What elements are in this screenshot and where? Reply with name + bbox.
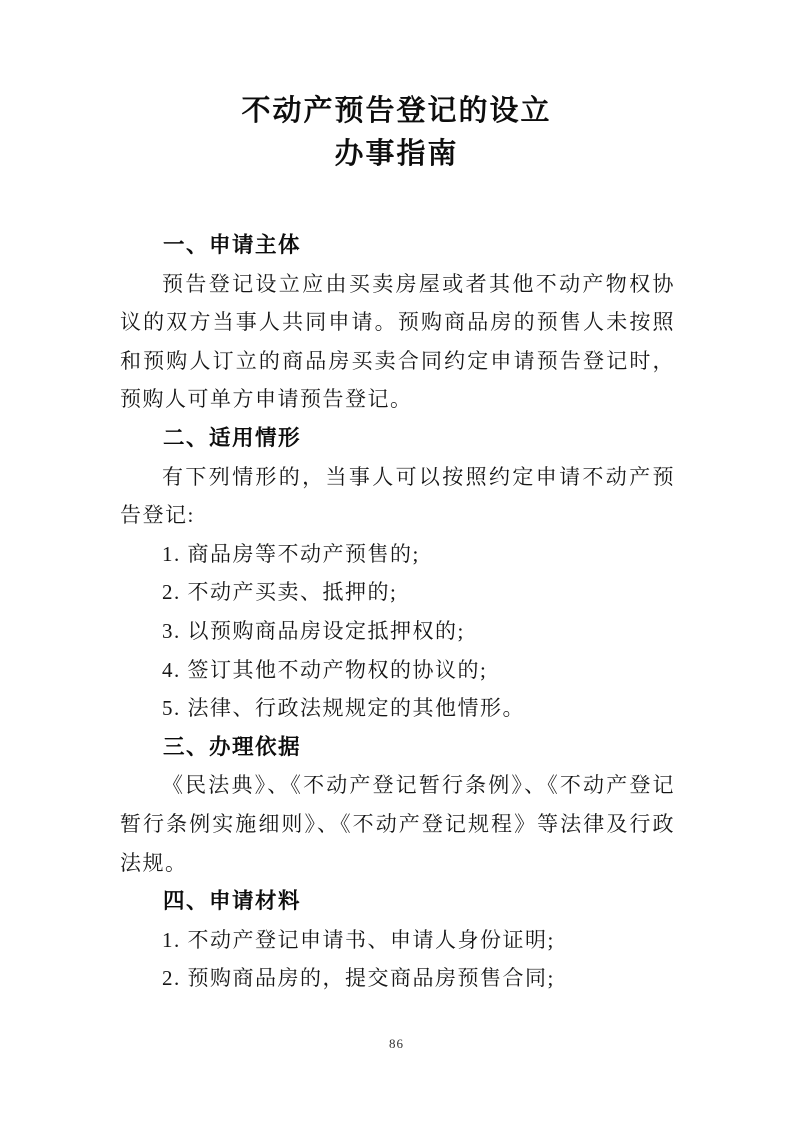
document-page: 不动产预告登记的设立 办事指南 一、申请主体 预告登记设立应由买卖房屋或者其他不… xyxy=(0,0,793,1122)
section-4-list-item-2: 2. 预购商品房的，提交商品房预售合同; xyxy=(120,959,675,998)
section-3-heading: 三、办理依据 xyxy=(120,728,675,767)
page-number: 86 xyxy=(0,1036,793,1052)
title-line-1: 不动产预告登记的设立 xyxy=(0,90,793,133)
section-2-heading: 二、适用情形 xyxy=(120,419,675,458)
section-2-list-item-1: 1. 商品房等不动产预售的; xyxy=(120,535,675,574)
section-1-paragraph: 预告登记设立应由买卖房屋或者其他不动产物权协议的双方当事人共同申请。预购商品房的… xyxy=(120,265,675,419)
section-2-list-item-3: 3. 以预购商品房设定抵押权的; xyxy=(120,612,675,651)
section-2-intro: 有下列情形的，当事人可以按照约定申请不动产预告登记: xyxy=(120,458,675,535)
section-1-heading: 一、申请主体 xyxy=(120,226,675,265)
title-line-2: 办事指南 xyxy=(0,133,793,176)
section-3-paragraph: 《民法典》、《不动产登记暂行条例》、《不动产登记暂行条例实施细则》、《不动产登记… xyxy=(120,766,675,882)
section-4-list-item-1: 1. 不动产登记申请书、申请人身份证明; xyxy=(120,921,675,960)
section-2-list-item-4: 4. 签订其他不动产物权的协议的; xyxy=(120,651,675,690)
section-2-list-item-5: 5. 法律、行政法规规定的其他情形。 xyxy=(120,689,675,728)
document-title: 不动产预告登记的设立 办事指南 xyxy=(0,90,793,176)
document-content: 一、申请主体 预告登记设立应由买卖房屋或者其他不动产物权协议的双方当事人共同申请… xyxy=(120,226,675,998)
section-2-list-item-2: 2. 不动产买卖、抵押的; xyxy=(120,573,675,612)
section-4-heading: 四、申请材料 xyxy=(120,882,675,921)
